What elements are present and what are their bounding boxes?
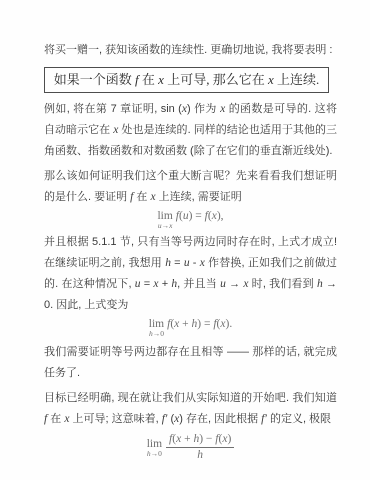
text-run: = (140, 278, 153, 290)
text-run: ) − (199, 433, 215, 445)
text-run: → (226, 278, 243, 290)
text-run: ). (226, 318, 233, 330)
formula-continuity-limit: lim u→x f(u) = f(x), (44, 210, 337, 230)
limit-operator: lim h→0 (149, 318, 164, 338)
text-run: 在 (47, 413, 64, 425)
text-run: ) = (189, 210, 205, 222)
text-run: ) (227, 433, 231, 445)
fraction-denominator: h (166, 447, 234, 462)
paragraph-claim: 那么该如何证明我们这个重大断言呢？先来看看我们想证明的是什么. 要证明 f 在 … (44, 166, 337, 208)
text-run: 我们需要证明等号两边都存在且相等 —— 那样的话, 就完成任务了. (44, 346, 337, 379)
paragraph-example: 例如, 将在第 7 章证明, sin (x) 作为 x 的函数是可导的. 这将自… (44, 99, 337, 162)
text-run: + (181, 433, 193, 445)
text-run: 目标已经明确, 现在就让我们从实际知道的开始吧. 我们知道 (44, 392, 337, 404)
text-run: 在 (133, 191, 150, 203)
text-run: 的定义, 极限 (267, 413, 331, 425)
formula-body: f(u) = f(x), (176, 210, 224, 222)
paragraph-substitution: 并且根据 5.1.1 节, 只有当等号两边同时存在时, 上式才成立! 在继续证明… (44, 232, 337, 316)
text-run: + (179, 318, 191, 330)
text-run: 上可导; 这意味着, (69, 413, 161, 425)
fraction: f(x + h) − f(x) h (166, 433, 234, 462)
text-run: = (171, 257, 184, 269)
theorem-box: 如果一个函数 f 在 x 上可导, 那么它在 x 上连续. (44, 67, 329, 93)
textbook-page: 将买一赠一, 获知该函数的连续性. 更确切地说, 我将要表明 : 如果一个函数 … (0, 0, 370, 480)
text-run: ), (217, 210, 224, 222)
text-run: ) 存在, 因此根据 (179, 413, 261, 425)
limit-operator: lim u→x (157, 210, 172, 230)
text-run: 将买一赠一, 获知该函数的连续性. 更确切地说, 我将要表明 : (44, 44, 332, 56)
text-run: 如果一个函数 (54, 72, 135, 87)
math-symbol: h (197, 449, 203, 461)
math-symbol: x (169, 221, 172, 230)
paragraph-intro: 将买一赠一, 获知该函数的连续性. 更确切地说, 我将要表明 : (44, 40, 337, 61)
text-run: 时, 我们看到 (248, 278, 317, 290)
text-run: →0 (153, 329, 164, 338)
text-run: →0 (151, 449, 162, 458)
text-run: ) 作为 (187, 103, 220, 115)
fraction-numerator: f(x + h) − f(x) (166, 433, 234, 447)
limit-operator: lim h→0 (147, 438, 162, 458)
text-run: 上连续. (274, 72, 320, 87)
text-run: 在 (139, 72, 159, 87)
text-run: - (190, 257, 200, 269)
text-run: , 并且当 (177, 278, 220, 290)
paragraph-goal: 目标已经明确, 现在就让我们从实际知道的开始吧. 我们知道 f 在 x 上可导;… (44, 388, 337, 430)
text-run: ) = (197, 318, 213, 330)
lim-subscript: h→0 (147, 450, 162, 458)
text-run: → (162, 221, 170, 230)
lim-subscript: h→0 (149, 330, 164, 338)
lim-subscript: u→x (158, 222, 173, 230)
formula-body: f(x + h) = f(x). (167, 318, 232, 330)
text-run: 上可导, 那么它在 (164, 72, 268, 87)
text-run: + (158, 278, 171, 290)
text-run: 例如, 将在第 7 章证明, sin ( (44, 103, 182, 115)
text-run: 上连续, 需要证明 (156, 191, 242, 203)
formula-derivative-definition: lim h→0 f(x + h) − f(x) h (44, 433, 337, 462)
paragraph-both-sides: 我们需要证明等号两边都存在且相等 —— 那样的话, 就完成任务了. (44, 342, 337, 384)
formula-substituted-limit: lim h→0 f(x + h) = f(x). (44, 318, 337, 338)
